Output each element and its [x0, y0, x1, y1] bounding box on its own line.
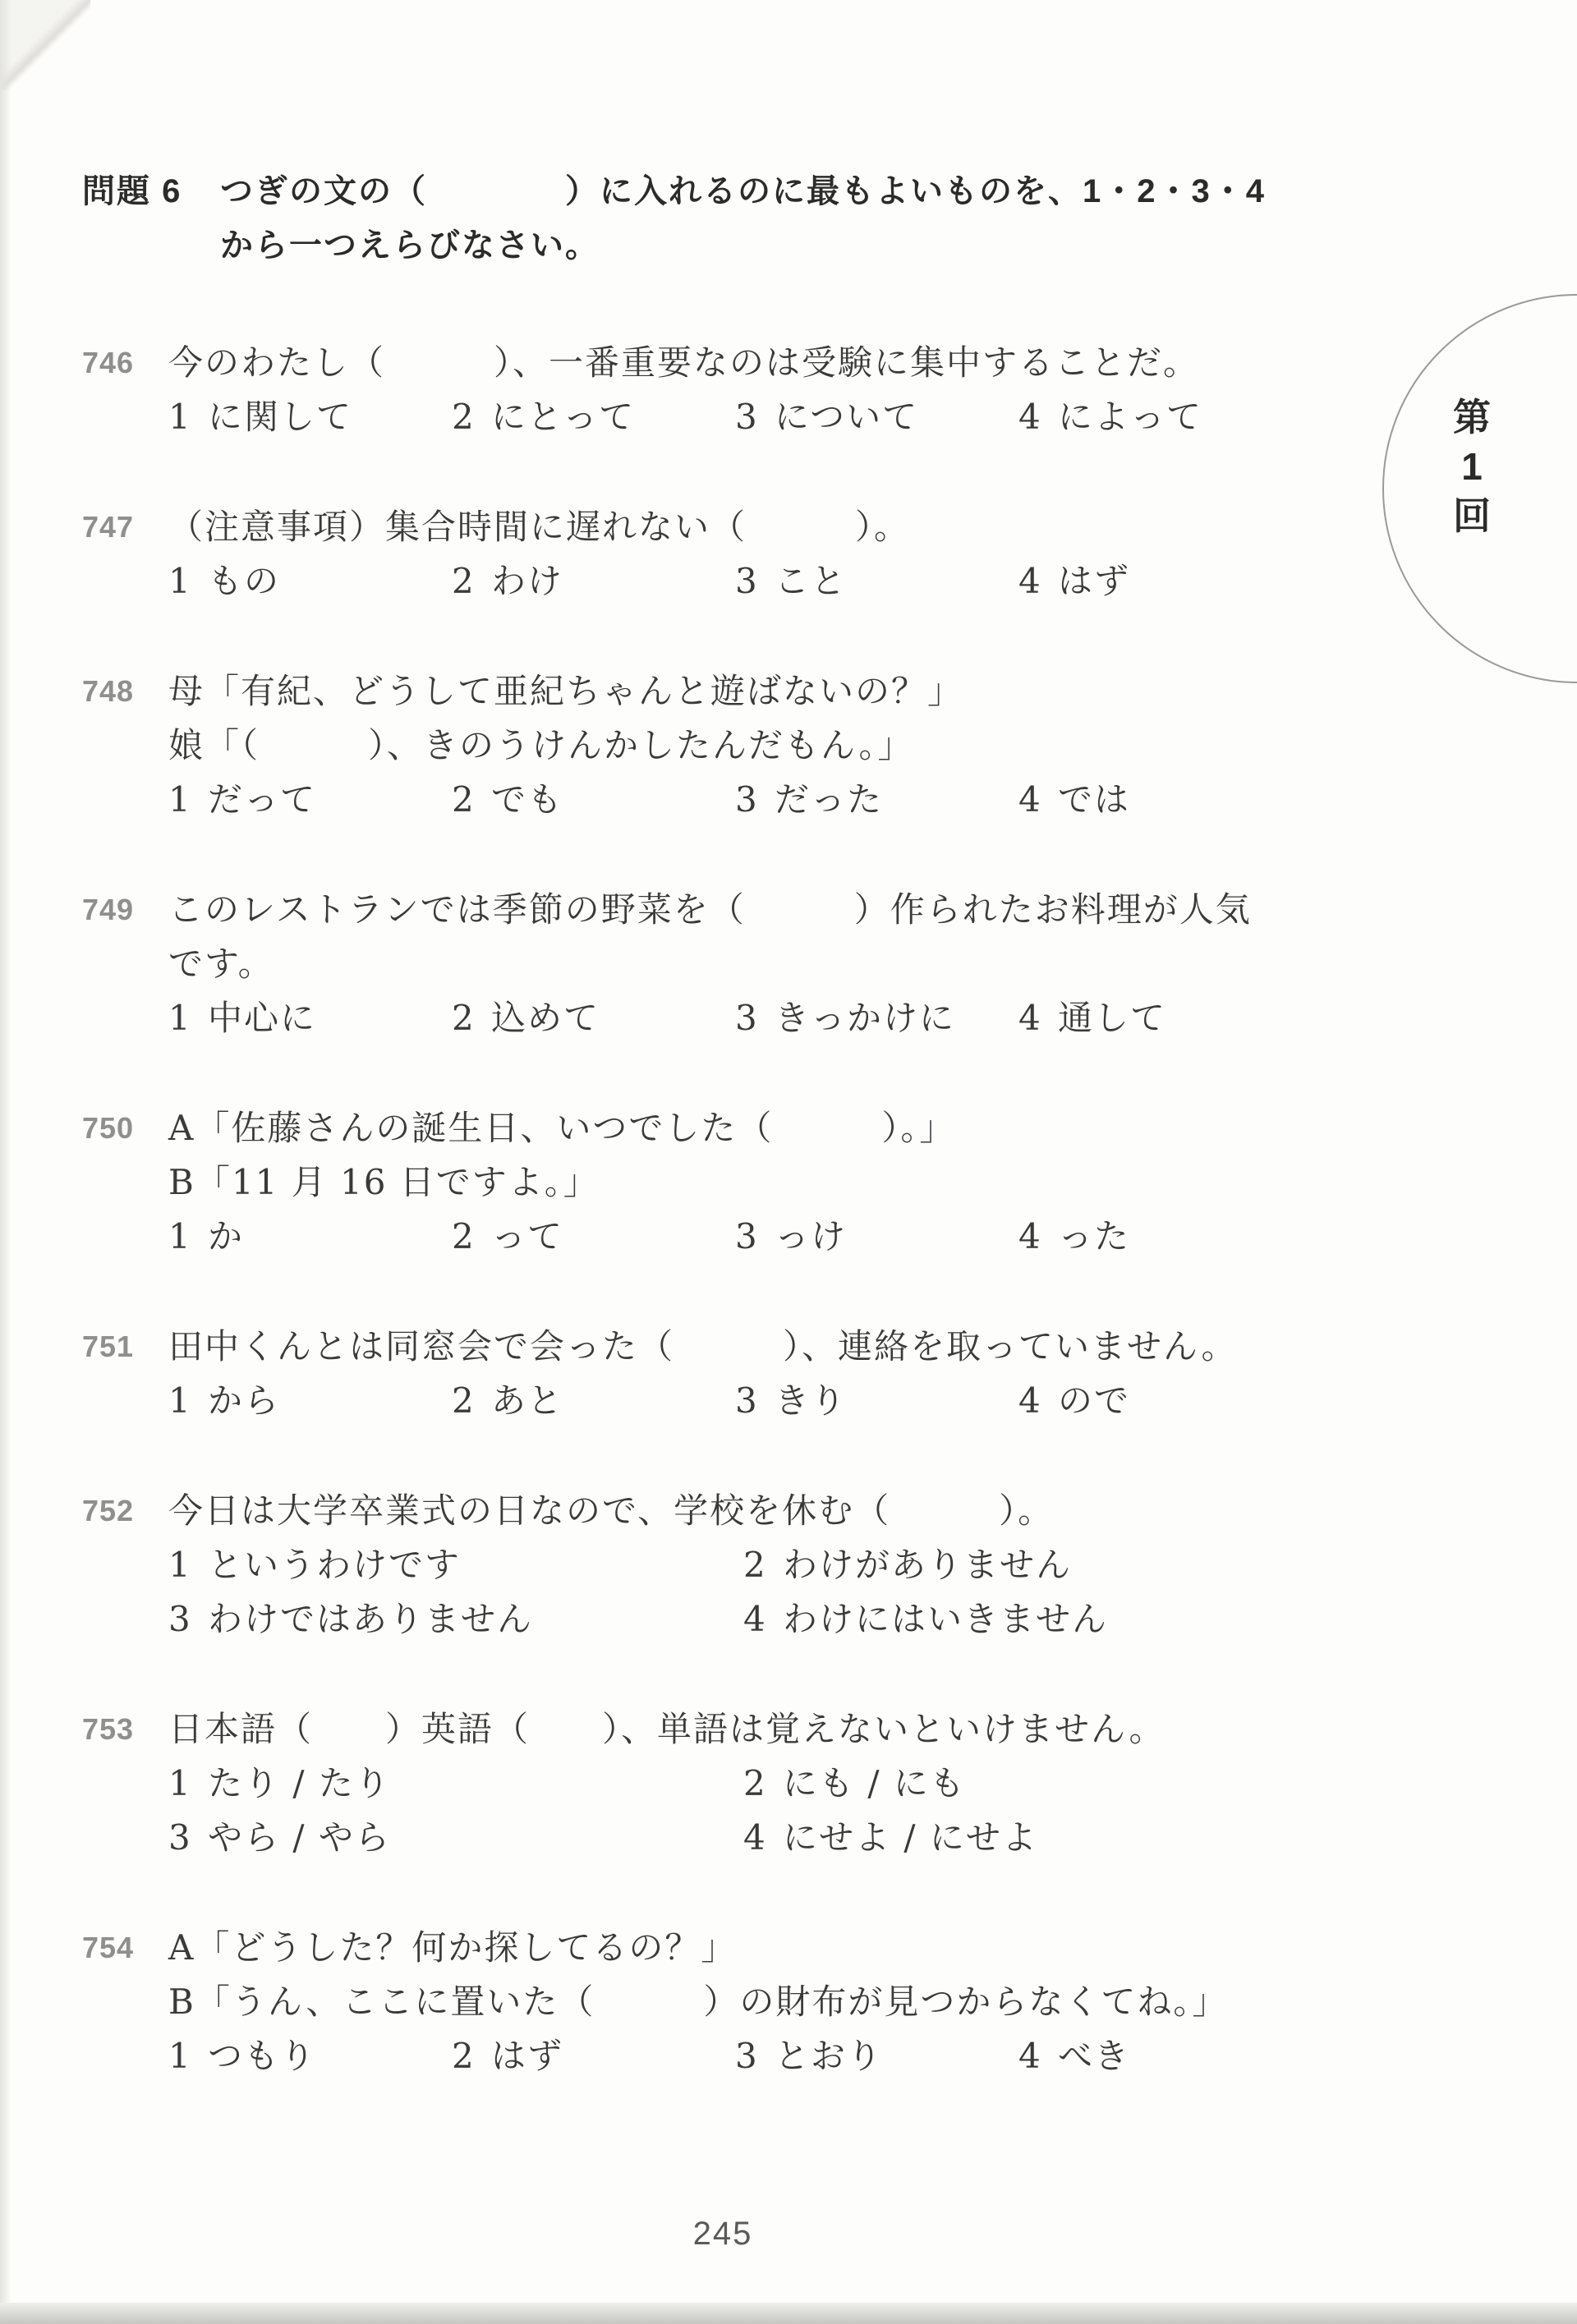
option-number: 4 [1018, 773, 1058, 827]
question-number: 752 [82, 1484, 168, 1538]
option-label: わけ [491, 561, 563, 601]
options-row: 1に関して 2にとって 3について 4によって [168, 390, 1478, 444]
option-label: にも / にも [783, 1763, 966, 1803]
option-3: 3わけではありません [168, 1592, 743, 1647]
option-3: 3やら / やら [168, 1811, 743, 1865]
option-label: にせよ / にせよ [783, 1817, 1038, 1858]
options-row: 1中心に 2込めて 3きっかけに 4通して [168, 991, 1478, 1045]
round-tab-char-3: 回 [1453, 491, 1491, 540]
question-number: 751 [82, 1320, 168, 1374]
question-751: 751 田中くんとは同窓会で会った（ ）、連絡を取っていません。 1から 2あと… [82, 1320, 1478, 1428]
option-label: たり / たり [208, 1763, 391, 1803]
option-number: 1 [168, 1757, 208, 1811]
option-label: っけ [775, 1216, 847, 1256]
option-number: 1 [168, 773, 208, 827]
option-4: 4わけにはいきません [743, 1592, 1478, 1647]
section-header: 問題 6 つぎの文の（ ）に入れるのに最もよいものを、1・2・3・4 から一つえ… [82, 164, 1478, 273]
option-label: はず [1058, 561, 1130, 601]
question-number: 746 [82, 336, 168, 390]
option-label: わけではありません [208, 1599, 533, 1639]
option-number: 3 [735, 1374, 775, 1428]
option-number: 3 [735, 1210, 775, 1264]
question-747: 747 （注意事項）集合時間に遅れない（ ）。 1もの 2わけ 3こと 4はず [82, 500, 1478, 609]
option-label: というわけです [208, 1545, 461, 1585]
option-1: 1つもり [168, 2029, 452, 2083]
option-2: 2あと [452, 1374, 735, 1428]
option-label: つもり [208, 2036, 316, 2076]
option-2: 2にも / にも [743, 1757, 1478, 1811]
option-label: にとって [491, 397, 635, 437]
question-text: A「佐藤さんの誕生日、いつでした（ ）。」 [168, 1101, 955, 1155]
question-752: 752 今日は大学卒業式の日なので、学校を休む（ ）。 1というわけです 2わけ… [82, 1484, 1478, 1647]
option-label: きり [775, 1380, 847, 1421]
option-2: 2込めて [452, 991, 735, 1045]
options-row: 1もの 2わけ 3こと 4はず [168, 554, 1478, 609]
option-number: 1 [168, 554, 208, 609]
option-1: 1だって [168, 773, 452, 827]
question-number: 748 [82, 664, 168, 719]
option-number: 1 [168, 1538, 208, 1592]
question-number: 750 [82, 1101, 168, 1155]
options-row: 1から 2あと 3きり 4ので [168, 1374, 1478, 1428]
question-text: B「11 月 16 日ですよ。」 [168, 1155, 600, 1210]
option-3: 3だった [735, 773, 1018, 827]
option-label: わけがありません [783, 1545, 1072, 1585]
option-label: ので [1058, 1380, 1130, 1421]
option-label: べき [1058, 2036, 1130, 2076]
option-number: 4 [743, 1592, 783, 1647]
option-number: 3 [735, 390, 775, 444]
option-number: 4 [1018, 554, 1058, 609]
question-number: 747 [82, 500, 168, 554]
question-line: 747 （注意事項）集合時間に遅れない（ ）。 [82, 500, 1478, 554]
option-label: 込めて [491, 998, 600, 1038]
option-label: はず [491, 2036, 563, 2076]
section-instructions: つぎの文の（ ）に入れるのに最もよいものを、1・2・3・4 から一つえらびなさい… [220, 164, 1266, 273]
question-line: 746 今のわたし（ ）、一番重要なのは受験に集中することだ。 [82, 336, 1478, 390]
question-text: 娘「（ ）、きのうけんかしたんだもん。」 [168, 719, 914, 773]
option-label: だって [208, 779, 316, 820]
page-number: 245 [665, 2216, 780, 2253]
option-label: 中心に [208, 998, 316, 1038]
option-number: 4 [1018, 1374, 1058, 1428]
option-4: 4った [1018, 1210, 1478, 1264]
question-text: A「どうした？何か探してるの？」 [168, 1921, 737, 1975]
option-label: だった [775, 779, 883, 820]
option-1: 1から [168, 1374, 452, 1428]
option-2: 2わけ [452, 554, 735, 609]
scan-edge-shadow-bottom [0, 2303, 1577, 2324]
round-tab-label: 第 1 回 [1435, 393, 1509, 540]
question-text: このレストランでは季節の野菜を（ ）作られたお料理が人気 [168, 883, 1252, 937]
option-1: 1もの [168, 554, 452, 609]
question-line: 751 田中くんとは同窓会で会った（ ）、連絡を取っていません。 [82, 1320, 1478, 1374]
round-tab-char-2: 1 [1461, 442, 1483, 491]
question-number: 754 [82, 1921, 168, 1975]
option-1: 1か [168, 1210, 452, 1264]
option-3: 3について [735, 390, 1018, 444]
option-number: 3 [735, 2029, 775, 2083]
question-text: 日本語（ ）英語（ ）、単語は覚えないといけません。 [168, 1702, 1166, 1757]
option-number: 3 [168, 1592, 208, 1647]
question-line: 750 A「佐藤さんの誕生日、いつでした（ ）。」 [82, 1101, 1478, 1155]
option-number: 2 [743, 1757, 783, 1811]
option-4: 4通して [1018, 991, 1478, 1045]
question-line-2: B「11 月 16 日ですよ。」 [168, 1155, 1478, 1210]
section-label: 問題 6 [82, 164, 220, 273]
option-number: 1 [168, 1210, 208, 1264]
question-line: 753 日本語（ ）英語（ ）、単語は覚えないといけません。 [82, 1702, 1478, 1757]
options-row: 1だって 2でも 3だった 4では [168, 773, 1478, 827]
option-label: に関して [208, 397, 352, 437]
option-1: 1に関して [168, 390, 452, 444]
option-label: について [775, 397, 918, 437]
option-number: 2 [452, 991, 491, 1045]
option-number: 4 [1018, 390, 1058, 444]
options-row: 1つもり 2はず 3とおり 4べき [168, 2029, 1478, 2083]
option-label: あと [491, 1380, 563, 1421]
question-line: 754 A「どうした？何か探してるの？」 [82, 1921, 1478, 1975]
instruction-line-2: から一つえらびなさい。 [220, 218, 1266, 273]
option-label: もの [208, 561, 280, 601]
question-750: 750 A「佐藤さんの誕生日、いつでした（ ）。」 B「11 月 16 日ですよ… [82, 1101, 1478, 1264]
options-row: 1か 2って 3っけ 4った [168, 1210, 1478, 1264]
question-number: 753 [82, 1702, 168, 1757]
option-number: 2 [452, 554, 491, 609]
question-text: です。 [168, 937, 274, 991]
question-753: 753 日本語（ ）英語（ ）、単語は覚えないといけません。 1たり / たり … [82, 1702, 1478, 1865]
question-748: 748 母「有紀、どうして亜紀ちゃんと遊ばないの？」 娘「（ ）、きのうけんかし… [82, 664, 1478, 827]
option-number: 1 [168, 1374, 208, 1428]
option-1: 1というわけです [168, 1538, 743, 1592]
option-number: 4 [743, 1811, 783, 1865]
option-number: 3 [735, 773, 775, 827]
round-tab-char-1: 第 [1453, 393, 1491, 442]
page-content: 問題 6 つぎの文の（ ）に入れるのに最もよいものを、1・2・3・4 から一つえ… [0, 0, 1577, 2083]
option-2: 2って [452, 1210, 735, 1264]
option-label: から [208, 1380, 280, 1421]
option-label: こと [775, 561, 847, 601]
option-label: とおり [775, 2036, 883, 2076]
question-text: 今のわたし（ ）、一番重要なのは受験に集中することだ。 [168, 336, 1199, 390]
question-text: 今日は大学卒業式の日なので、学校を休む（ ）。 [168, 1484, 1054, 1538]
option-label: やら / やら [208, 1817, 391, 1858]
option-4: 4では [1018, 773, 1478, 827]
option-2: 2はず [452, 2029, 735, 2083]
option-label: きっかけに [775, 998, 955, 1038]
options-grid: 1たり / たり 2にも / にも 3やら / やら 4にせよ / にせよ [168, 1757, 1478, 1865]
option-number: 3 [735, 554, 775, 609]
option-number: 2 [452, 773, 491, 827]
option-number: 2 [452, 2029, 491, 2083]
instruction-line-1: つぎの文の（ ）に入れるのに最もよいものを、1・2・3・4 [220, 164, 1266, 218]
option-number: 1 [168, 390, 208, 444]
question-line-2: です。 [168, 937, 1478, 991]
option-number: 2 [452, 1210, 491, 1264]
option-number: 1 [168, 991, 208, 1045]
question-746: 746 今のわたし（ ）、一番重要なのは受験に集中することだ。 1に関して 2に… [82, 336, 1478, 444]
option-label: か [208, 1216, 244, 1256]
option-2: 2にとって [452, 390, 735, 444]
question-line: 752 今日は大学卒業式の日なので、学校を休む（ ）。 [82, 1484, 1478, 1538]
question-number: 749 [82, 883, 168, 937]
option-4: 4べき [1018, 2029, 1478, 2083]
option-label: わけにはいきません [783, 1599, 1108, 1639]
question-line-2: 娘「（ ）、きのうけんかしたんだもん。」 [168, 719, 1478, 773]
option-3: 3きり [735, 1374, 1018, 1428]
scanned-test-page: 問題 6 つぎの文の（ ）に入れるのに最もよいものを、1・2・3・4 から一つえ… [0, 0, 1577, 2324]
option-3: 3っけ [735, 1210, 1018, 1264]
option-number: 4 [1018, 2029, 1058, 2083]
option-number: 4 [1018, 991, 1058, 1045]
question-text: 母「有紀、どうして亜紀ちゃんと遊ばないの？」 [168, 664, 963, 719]
option-2: 2でも [452, 773, 735, 827]
question-749: 749 このレストランでは季節の野菜を（ ）作られたお料理が人気 です。 1中心… [82, 883, 1478, 1045]
option-4: 4にせよ / にせよ [743, 1811, 1478, 1865]
option-number: 3 [735, 991, 775, 1045]
option-4: 4ので [1018, 1374, 1478, 1428]
option-number: 2 [743, 1538, 783, 1592]
option-2: 2わけがありません [743, 1538, 1478, 1592]
option-3: 3とおり [735, 2029, 1018, 2083]
option-label: った [1058, 1216, 1130, 1256]
question-754: 754 A「どうした？何か探してるの？」 B「うん、ここに置いた（ ）の財布が見… [82, 1921, 1478, 2083]
option-3: 3きっかけに [735, 991, 1018, 1045]
question-line: 749 このレストランでは季節の野菜を（ ）作られたお料理が人気 [82, 883, 1478, 937]
option-1: 1たり / たり [168, 1757, 743, 1811]
option-label: でも [491, 779, 563, 820]
options-grid: 1というわけです 2わけがありません 3わけではありません 4わけにはいきません [168, 1538, 1478, 1647]
question-text: B「うん、ここに置いた（ ）の財布が見つからなくてね。」 [168, 1975, 1228, 2029]
option-1: 1中心に [168, 991, 452, 1045]
option-label: って [491, 1216, 563, 1256]
question-text: 田中くんとは同窓会で会った（ ）、連絡を取っていません。 [168, 1320, 1238, 1374]
option-number: 2 [452, 390, 491, 444]
option-number: 4 [1018, 1210, 1058, 1264]
option-3: 3こと [735, 554, 1018, 609]
option-label: では [1058, 779, 1130, 820]
option-number: 1 [168, 2029, 208, 2083]
option-label: 通して [1058, 998, 1166, 1038]
question-text: （注意事項）集合時間に遅れない（ ）。 [168, 500, 910, 554]
option-number: 2 [452, 1374, 491, 1428]
option-label: によって [1058, 397, 1202, 437]
question-line: 748 母「有紀、どうして亜紀ちゃんと遊ばないの？」 [82, 664, 1478, 719]
option-number: 3 [168, 1811, 208, 1865]
question-line-2: B「うん、ここに置いた（ ）の財布が見つからなくてね。」 [168, 1975, 1478, 2029]
